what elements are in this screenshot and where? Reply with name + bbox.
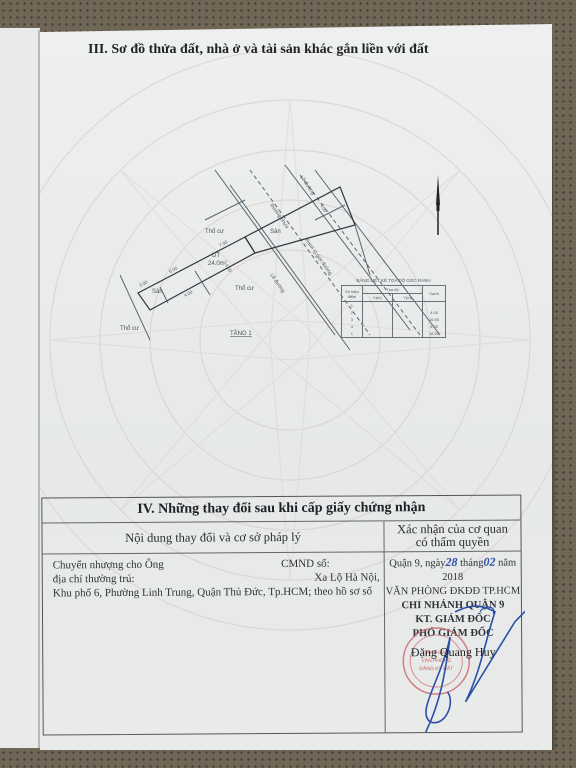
previous-page-edge — [0, 28, 40, 748]
confirmation-block: Quận 9, ngày28 tháng02 năm 2018 VĂN PHÒN… — [385, 552, 522, 642]
cell-y — [392, 302, 422, 310]
office-name: VĂN PHÒNG ĐKĐĐ TP.HCM — [385, 585, 521, 600]
header-coords: Tọa độ — [362, 286, 422, 294]
neighbor-label: Thổ cư — [235, 285, 254, 292]
address-line: Khu phố 6, Phường Linh Trung, Quận Thủ Đ… — [53, 584, 384, 600]
header-point-no: Số hiệu điểm — [342, 286, 363, 302]
road-label: Ranh lộ giới đường — [303, 238, 333, 277]
cell-x — [362, 302, 392, 310]
header-y: Y(m) — [392, 294, 422, 302]
table-row: 316.00 — [342, 316, 446, 323]
cell-point: 2 — [342, 309, 363, 316]
floor-label: TẦNG 1 — [230, 330, 252, 337]
road-label: Lề đường — [268, 273, 286, 295]
change-content-column: Nội dung thay đổi và cơ sở pháp lý Chuyể… — [42, 521, 385, 734]
cell-edge — [423, 302, 446, 310]
cell-point: 1 — [342, 330, 363, 338]
col-right-header-line2: có thẩm quyền — [397, 536, 508, 550]
section-4-title: IV. Những thay đổi sau khi cấp giấy chứn… — [42, 496, 520, 524]
cell-x — [362, 330, 392, 338]
cell-point: 1 — [342, 302, 363, 310]
col-left-header: Nội dung thay đổi và cơ sở pháp lý — [42, 521, 383, 554]
cell-x — [362, 309, 392, 316]
dimension: 4.00 — [224, 263, 233, 274]
coordinate-table: BẢNG LIỆT KÊ TỌA ĐỘ GÓC RANH Số hiệu điể… — [341, 278, 446, 338]
confirmation-column: Xác nhận của cơ quan có thẩm quyền Quận … — [384, 521, 521, 733]
yard-label-1: Sân — [270, 229, 281, 235]
month-prefix: tháng — [460, 558, 483, 569]
confirmation-date: Quận 9, ngày28 tháng02 năm 2018 — [385, 555, 521, 586]
col-right-header: Xác nhận của cơ quan có thẩm quyền — [384, 521, 520, 553]
neighbor-label: Thổ cư — [205, 228, 224, 235]
neighbor-label: Thổ cư — [120, 325, 139, 332]
section-3-title: III. Sơ đồ thửa đất, nhà ở và tài sản kh… — [88, 42, 429, 58]
transfer-text: Chuyển nhượng cho Ông — [53, 558, 164, 573]
cell-x — [362, 316, 392, 323]
table-row: 116.00 — [342, 330, 446, 338]
branch-name: CHI NHÁNH QUẬN 9 — [385, 599, 521, 614]
official-stamp-icon: CHI NHÁNH VĂN PHÒNG ĐĂNG KÝ ĐẤT — [401, 626, 471, 696]
date-day: 28 — [445, 555, 457, 569]
signer-name: Đặng Quang Huy — [385, 645, 521, 661]
table-row: 44.00 — [342, 323, 446, 330]
address-part: Xa Lộ Hà Nội, — [314, 570, 379, 584]
cell-edge: 16.00 — [423, 316, 446, 323]
cell-edge: 4.00 — [423, 323, 446, 330]
cell-x — [362, 323, 392, 330]
dimension: 3.00 — [138, 279, 149, 288]
table-row: 24.00 — [342, 309, 446, 316]
cell-edge: 16.00 — [423, 330, 446, 338]
yard-label-2: Sân — [152, 289, 163, 295]
change-content: Chuyển nhượng cho Ông CMND số: địa chỉ t… — [43, 552, 384, 600]
date-prefix: Quận 9, ngày — [389, 558, 445, 569]
svg-text:ĐĂNG KÝ ĐẤT: ĐĂNG KÝ ĐẤT — [419, 665, 453, 672]
cell-y — [392, 330, 422, 338]
coordinate-table-title: BẢNG LIỆT KÊ TỌA ĐỘ GÓC RANH — [341, 278, 446, 283]
header-x: X(m) — [362, 294, 392, 302]
cell-point: 3 — [342, 316, 363, 323]
road-label: Đường nhựa — [268, 203, 290, 230]
cell-point: 4 — [342, 323, 363, 330]
parcel-area: 24.0m² — [208, 261, 227, 267]
cell-edge: 4.00 — [423, 309, 446, 316]
table-row: 1 — [342, 302, 446, 310]
header-edge: Cạnh — [423, 286, 446, 302]
date-month: 02 — [483, 555, 495, 569]
address-label: địa chỉ thường trú: — [53, 572, 135, 586]
cell-y — [392, 323, 422, 330]
section-4-table: IV. Những thay đổi sau khi cấp giấy chứn… — [41, 495, 522, 736]
id-card-label: CMND số: — [281, 557, 330, 571]
cell-y — [392, 309, 422, 316]
cell-y — [392, 316, 422, 323]
parcel-label: DT — [212, 253, 220, 259]
page-fold-line — [38, 30, 40, 748]
